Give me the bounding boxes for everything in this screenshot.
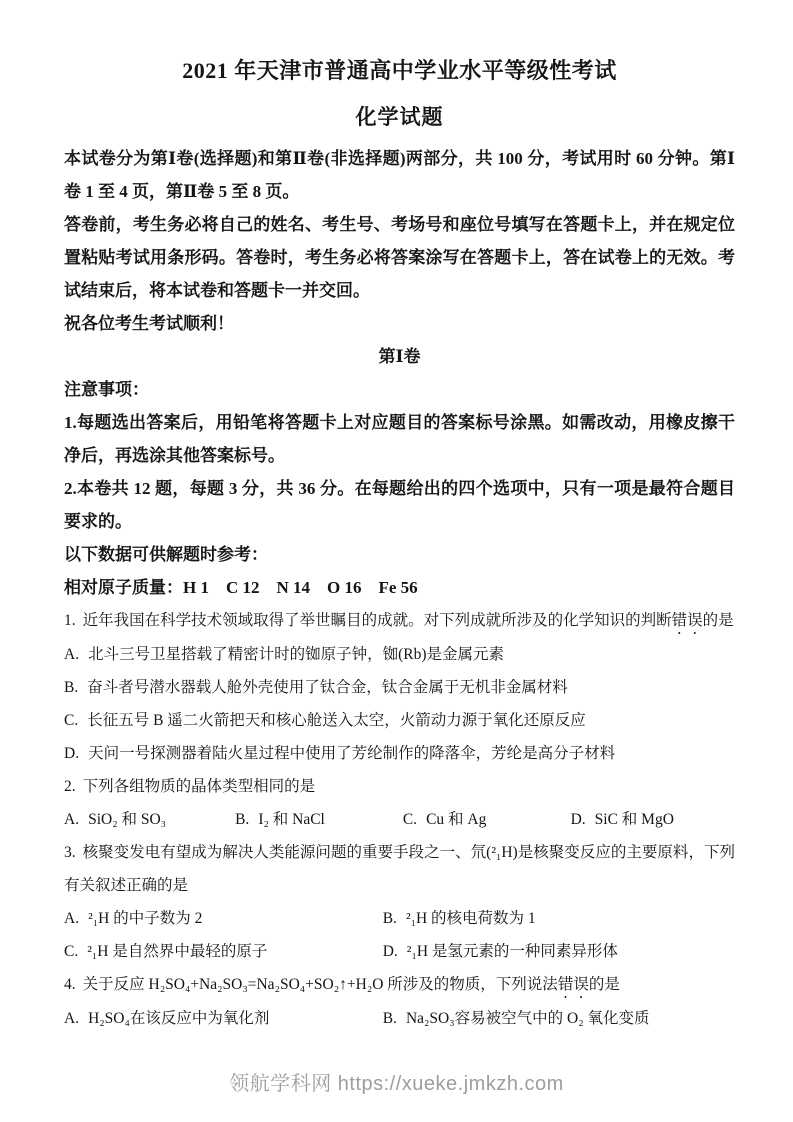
option-text: 天问一号探测器着陆火星过程中使用了芳纶制作的降落伞，芳纶是高分子材料 [88,745,615,762]
option-label: C. [64,712,78,729]
question-1: 1.近年我国在科学技术领域取得了举世瞩目的成就。对下列成就所涉及的化学知识的判断… [64,604,735,770]
question-2-option-d: D.SiC 和 MgO [571,803,735,836]
option-text: SiC 和 MgO [595,811,674,828]
question-number: 3. [64,844,76,861]
option-text: 奋斗者号潜水器载人舱外壳使用了钛合金，钛合金属于无机非金属材料 [87,679,568,696]
option-text: Cu 和 Ag [426,811,486,828]
option-text: Na₂SO₃容易被空气中的 O₂ 氧化变质 [406,1010,650,1027]
option-label: A. [64,910,79,927]
question-3-option-b: B.²₁H 的核电荷数为 1 [383,902,735,935]
option-text: ²₁H 是氢元素的一种同素异形体 [407,943,618,960]
note-1: 1.每题选出答案后，用铅笔将答题卡上对应题目的答案标号涂黑。如需改动，用橡皮擦干… [64,406,735,472]
option-text: 北斗三号卫星搭载了精密计时的铷原子钟，铷(Rb)是金属元素 [88,646,504,663]
option-label: A. [64,1010,79,1027]
question-1-option-a: A.北斗三号卫星搭载了精密计时的铷原子钟，铷(Rb)是金属元素 [64,638,735,671]
question-2: 2.下列各组物质的晶体类型相同的是 A.SiO₂ 和 SO₃ B.I₂ 和 Na… [64,770,735,836]
notes-header: 注意事项： [64,373,735,406]
question-2-option-a: A.SiO₂ 和 SO₃ [64,803,235,836]
question-number: 2. [64,778,76,795]
option-text: ²₁H 是自然界中最轻的原子 [87,943,267,960]
stem-text: 的是 [589,976,620,993]
exam-title: 2021 年天津市普通高中学业水平等级性考试 [64,54,735,88]
question-4-options-grid: A.H₂SO₄在该反应中为氧化剂 B.Na₂SO₃容易被空气中的 O₂ 氧化变质 [64,1002,735,1035]
question-3-stem: 3.核聚变发电有望成为解决人类能源问题的重要手段之一、氘(²₁H)是核聚变反应的… [64,836,735,902]
exam-document: { "header": { "title": "2021 年天津市普通高中学业水… [0,0,793,1122]
exam-subject-title: 化学试题 [64,101,735,133]
option-label: A. [64,811,79,828]
option-label: B. [235,811,249,828]
question-number: 1. [64,612,76,629]
option-label: A. [64,646,79,663]
question-2-option-b: B.I₂ 和 NaCl [235,803,403,836]
question-1-stem: 1.近年我国在科学技术领域取得了举世瞩目的成就。对下列成就所涉及的化学知识的判断… [64,604,735,638]
stem-emphasized-text: 错误 [558,976,589,993]
question-2-option-c: C.Cu 和 Ag [403,803,571,836]
option-label: C. [403,811,417,828]
option-text: ²₁H 的中子数为 2 [88,910,202,927]
option-label: D. [383,943,398,960]
option-label: B. [383,1010,397,1027]
answer-sheet-notice-paragraph: 答卷前，考生务必将自己的姓名、考生号、考场号和座位号填写在答题卡上，并在规定位置… [64,208,735,307]
question-1-option-b: B.奋斗者号潜水器载人舱外壳使用了钛合金，钛合金属于无机非金属材料 [64,671,735,704]
question-1-option-d: D.天问一号探测器着陆火星过程中使用了芳纶制作的降落伞，芳纶是高分子材料 [64,737,735,770]
stem-text: 的是 [703,612,734,629]
option-text: ²₁H 的核电荷数为 1 [406,910,536,927]
option-label: D. [571,811,586,828]
option-label: B. [64,679,78,696]
question-4-stem: 4.关于反应 H₂SO₄+Na₂SO₃=Na₂SO₄+SO₂↑+H₂O 所涉及的… [64,968,735,1002]
good-luck-line: 祝各位考生考试顺利！ [64,307,735,340]
question-number: 4. [64,976,76,993]
reference-data-hint: 以下数据可供解题时参考： [64,538,735,571]
option-text: SiO₂ 和 SO₃ [88,811,166,828]
question-3-option-c: C.²₁H 是自然界中最轻的原子 [64,935,383,968]
option-text: H₂SO₄在该反应中为氧化剂 [88,1010,269,1027]
stem-text: 关于反应 H₂SO₄+Na₂SO₃=Na₂SO₄+SO₂↑+H₂O 所涉及的物质… [83,976,558,993]
stem-text: 近年我国在科学技术领域取得了举世瞩目的成就。对下列成就所涉及的化学知识的判断 [83,612,672,629]
option-label: D. [64,745,79,762]
question-3: 3.核聚变发电有望成为解决人类能源问题的重要手段之一、氘(²₁H)是核聚变反应的… [64,836,735,968]
question-4: 4.关于反应 H₂SO₄+Na₂SO₃=Na₂SO₄+SO₂↑+H₂O 所涉及的… [64,968,735,1035]
question-4-option-a: A.H₂SO₄在该反应中为氧化剂 [64,1002,383,1035]
stem-emphasized-text: 错误 [672,612,703,629]
question-3-option-d: D.²₁H 是氢元素的一种同素异形体 [383,935,735,968]
option-label: C. [64,943,78,960]
question-1-option-c: C.长征五号 B 遥二火箭把天和核心舱送入太空，火箭动力源于氧化还原反应 [64,704,735,737]
question-3-options-grid: A.²₁H 的中子数为 2 B.²₁H 的核电荷数为 1 C.²₁H 是自然界中… [64,902,735,968]
stem-text: 核聚变发电有望成为解决人类能源问题的重要手段之一、氘(²₁H)是核聚变反应的主要… [64,844,735,894]
note-2: 2.本卷共 12 题，每题 3 分，共 36 分。在每题给出的四个选项中，只有一… [64,472,735,538]
paper-overview-paragraph: 本试卷分为第Ⅰ卷(选择题)和第Ⅱ卷(非选择题)两部分，共 100 分，考试用时 … [64,142,735,208]
question-2-options-row: A.SiO₂ 和 SO₃ B.I₂ 和 NaCl C.Cu 和 Ag D.SiC… [64,803,735,836]
relative-atomic-mass-line: 相对原子质量：H 1 C 12 N 14 O 16 Fe 56 [64,571,735,604]
watermark-text: 领航学科网 https://xueke.jmkzh.com [0,1067,793,1096]
option-label: B. [383,910,397,927]
question-3-option-a: A.²₁H 的中子数为 2 [64,902,383,935]
question-2-stem: 2.下列各组物质的晶体类型相同的是 [64,770,735,803]
stem-text: 下列各组物质的晶体类型相同的是 [83,778,316,795]
exam-paper-page: 2021 年天津市普通高中学业水平等级性考试 化学试题 本试卷分为第Ⅰ卷(选择题… [0,0,793,1035]
question-4-option-b: B.Na₂SO₃容易被空气中的 O₂ 氧化变质 [383,1002,735,1035]
option-text: 长征五号 B 遥二火箭把天和核心舱送入太空，火箭动力源于氧化还原反应 [87,712,586,729]
option-text: I₂ 和 NaCl [258,811,325,828]
section-1-title: 第Ⅰ卷 [64,340,735,373]
